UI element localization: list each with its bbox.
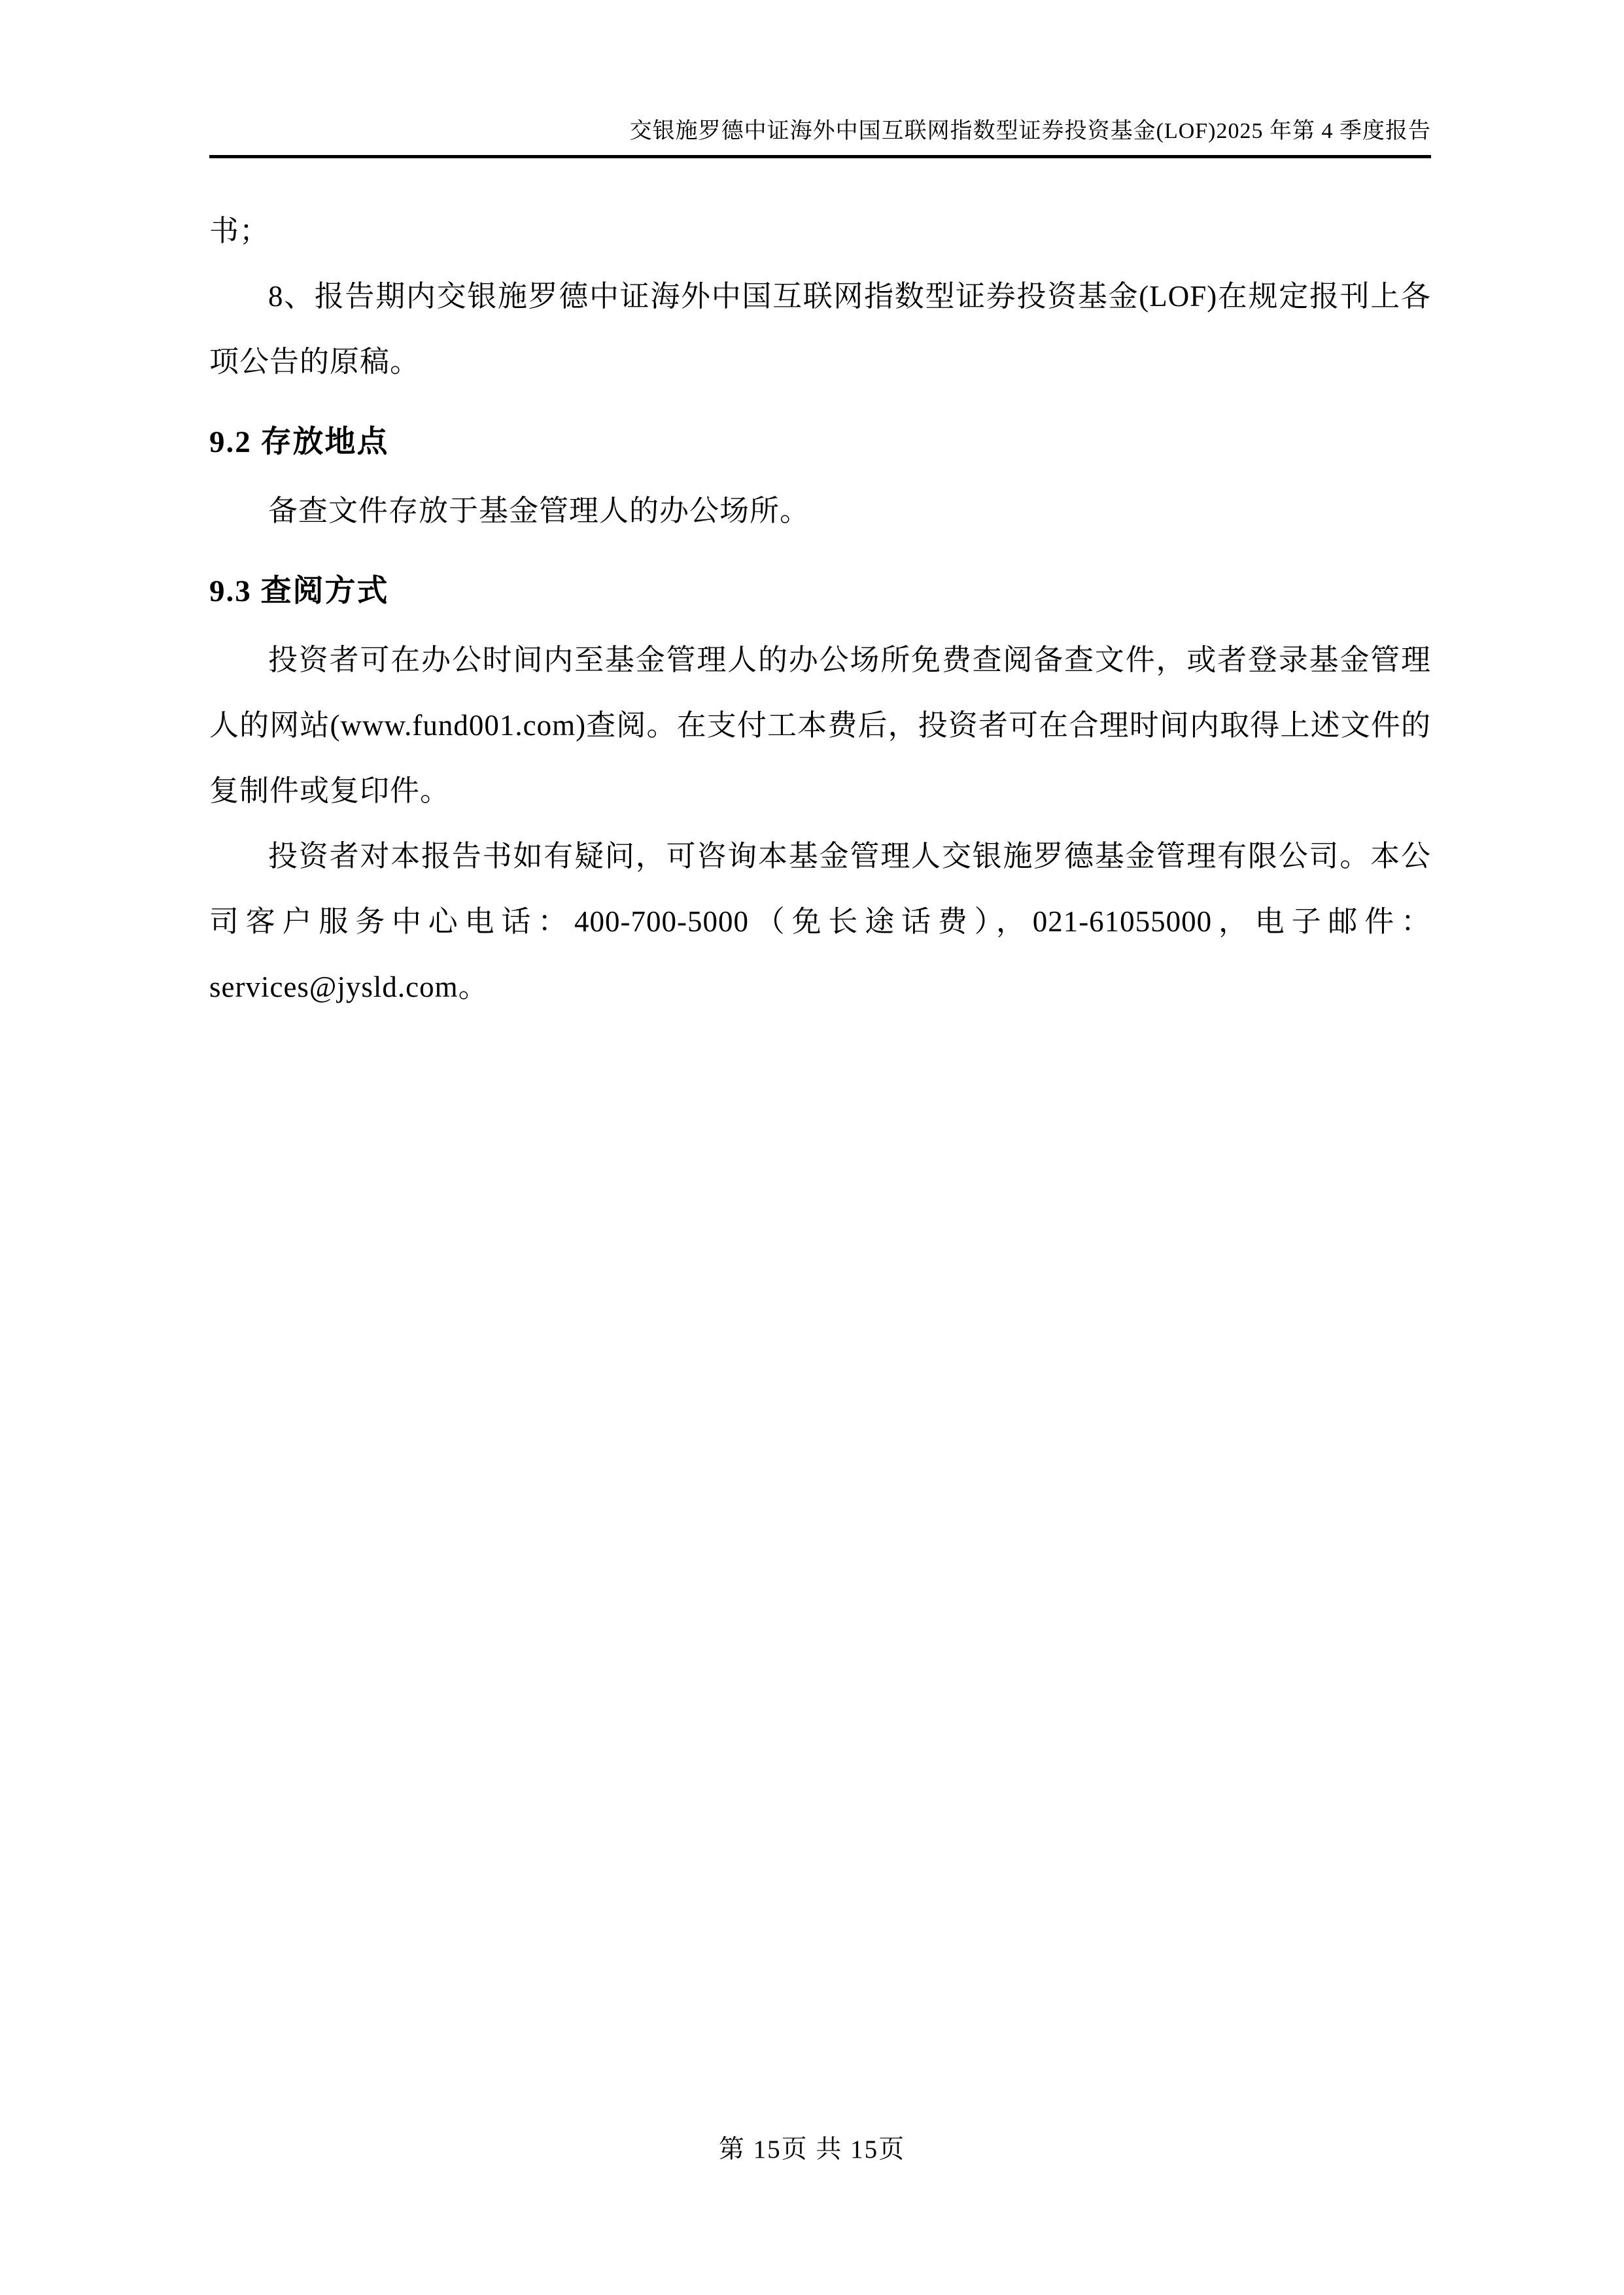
paragraph-item-8: 8、报告期内交银施罗德中证海外中国互联网指数型证券投资基金(LOF)在规定报刊上… <box>209 264 1431 394</box>
document-body: 书； 8、报告期内交银施罗德中证海外中国互联网指数型证券投资基金(LOF)在规定… <box>209 198 1431 1020</box>
paragraph-storage-location: 备查文件存放于基金管理人的办公场所。 <box>209 478 1431 544</box>
paragraph-access-method: 投资者可在办公时间内至基金管理人的办公场所免费查阅备查文件，或者登录基金管理人的… <box>209 627 1431 823</box>
section-heading-9-3: 9.3 查阅方式 <box>209 571 1431 612</box>
paragraph-contact-info: 投资者对本报告书如有疑问，可咨询本基金管理人交银施罗德基金管理有限公司。本公司客… <box>209 823 1431 1020</box>
document-page: 交银施罗德中证海外中国互联网指数型证券投资基金(LOF)2025 年第 4 季度… <box>0 0 1624 2295</box>
section-heading-9-2: 9.2 存放地点 <box>209 422 1431 462</box>
running-header-title: 交银施罗德中证海外中国互联网指数型证券投资基金(LOF)2025 年第 4 季度… <box>209 116 1431 147</box>
paragraph-continuation: 书； <box>209 198 1431 264</box>
footer-page-number: 第 15页 共 15页 <box>0 2133 1624 2166</box>
header-rule-divider <box>209 155 1431 158</box>
